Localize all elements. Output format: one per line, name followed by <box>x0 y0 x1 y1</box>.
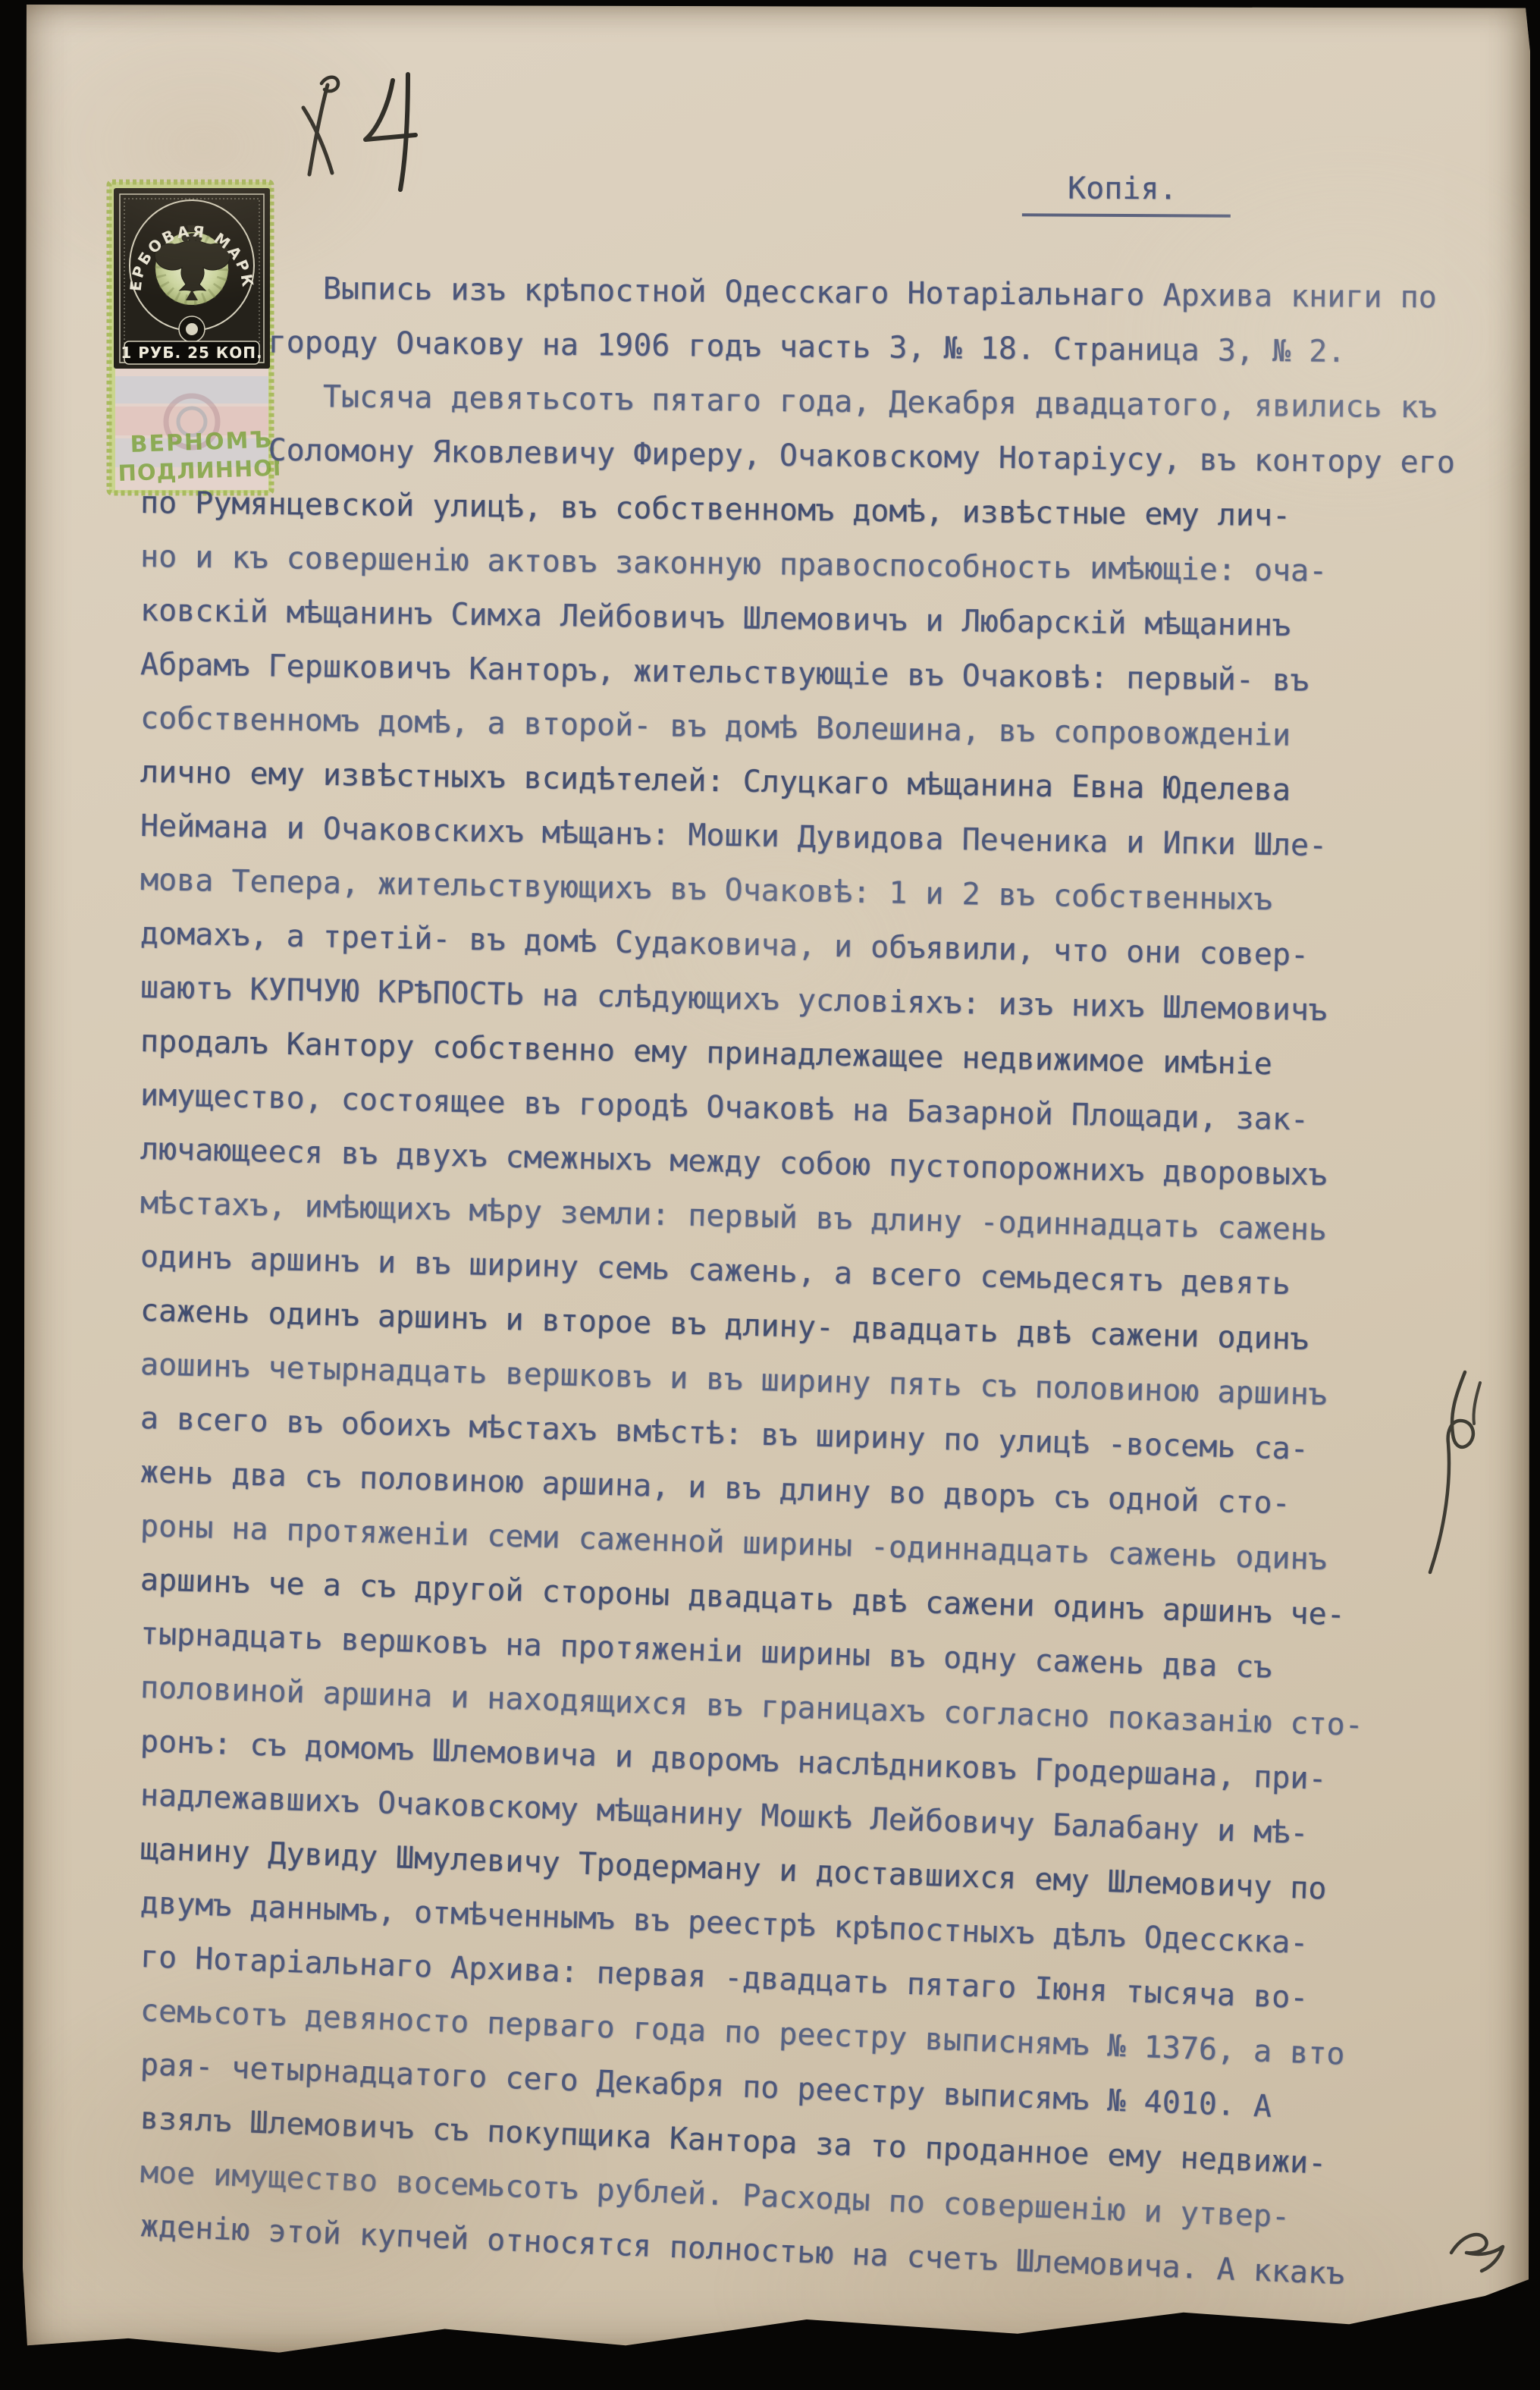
handwritten-numero-cross <box>303 108 332 173</box>
typed-text-block: Выпись изъ крѣпостной Одесскаго Нотаріал… <box>140 261 1513 2253</box>
handwritten-numero-loop <box>321 77 338 91</box>
document-paper: № 4 ВЕ <box>23 5 1530 2362</box>
handwritten-four-stem <box>400 74 408 190</box>
handwritten-page-number: № 4 <box>281 68 455 197</box>
flourish-stroke-tick <box>1473 1383 1480 1424</box>
end-mark-stroke <box>1451 2235 1503 2271</box>
copy-label: Копія. <box>1022 171 1231 217</box>
handwritten-flourish <box>1404 1366 1503 1586</box>
scan-background: № 4 ВЕ <box>0 0 1540 2390</box>
flourish-stroke-main <box>1430 1372 1473 1572</box>
handwritten-numero-stroke <box>309 85 328 174</box>
handwritten-end-mark <box>1445 2224 1513 2279</box>
